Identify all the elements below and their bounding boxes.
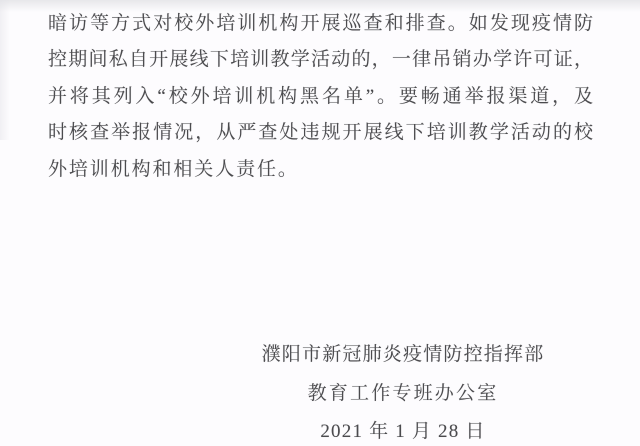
page-left-scan-shadow	[0, 0, 10, 140]
body-line-1: 暗访等方式对校外培训机构开展巡查和排查。如发现疫情防	[48, 6, 593, 42]
body-line-4: 时核查举报情况，从严查处违规开展线下培训教学活动的校	[48, 115, 593, 151]
signature-issuer-line2: 教育工作专班办公室	[253, 375, 553, 414]
signature-block: 濮阳市新冠肺炎疫情防控指挥部 教育工作专班办公室 2021 年 1 月 28 日	[253, 336, 553, 446]
signature-issuer-line1: 濮阳市新冠肺炎疫情防控指挥部	[253, 336, 553, 375]
document-body-paragraph: 暗访等方式对校外培训机构开展巡查和排查。如发现疫情防 控期间私自开展线下培训教学…	[48, 6, 593, 188]
signature-date: 2021 年 1 月 28 日	[253, 413, 553, 446]
body-line-2: 控期间私自开展线下培训教学活动的，一律吊销办学许可证，	[48, 42, 593, 78]
body-line-5: 外培训机构和相关人责任。	[48, 152, 593, 188]
document-page: 暗访等方式对校外培训机构开展巡查和排查。如发现疫情防 控期间私自开展线下培训教学…	[0, 0, 640, 446]
body-line-3: 并将其列入“校外培训机构黑名单”。要畅通举报渠道，及	[48, 79, 593, 115]
